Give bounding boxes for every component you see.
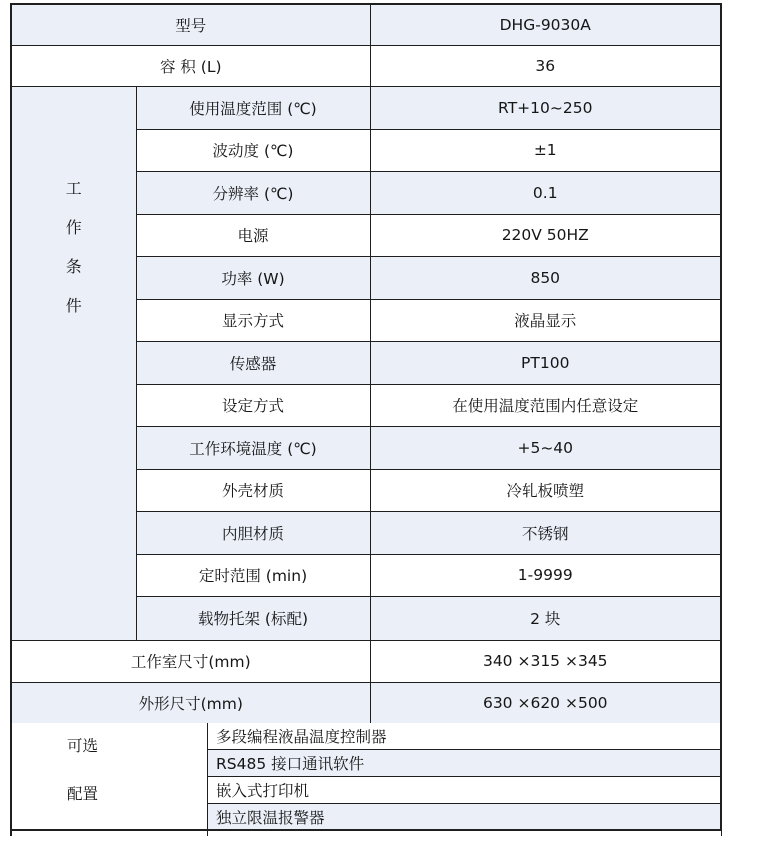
group-label-char: 件: [66, 298, 82, 314]
row-value: PT100: [371, 342, 721, 384]
work-conditions-section: 工 作 条 件 使用温度范围 (℃) RT+10~250 波动度 (℃) ±1 …: [12, 87, 720, 641]
table-row-resolution: 分辨率 (℃) 0.1: [137, 172, 721, 215]
table-row-wattage: 功率 (W) 850: [137, 257, 721, 300]
row-label: 功率 (W): [137, 257, 371, 299]
spec-table: 型号 DHG-9030A 容 积 (L) 36 工 作 条 件 使用温度范围 (…: [10, 3, 722, 831]
optional-config-rows: 多段编程液晶温度控制器 RS485 接口通讯软件 嵌入式打印机 独立限温报警器: [208, 723, 720, 829]
row-value: 220V 50HZ: [371, 215, 721, 257]
table-row-volume: 容 积 (L) 36: [12, 46, 720, 87]
group-label-line: 可选: [67, 734, 98, 756]
table-row-temp-range: 使用温度范围 (℃) RT+10~250: [137, 87, 721, 130]
optional-config-item: 多段编程液晶温度控制器: [208, 723, 720, 750]
row-label: 工作室尺寸(mm): [12, 641, 371, 682]
product-spec-sheet: 型号 DHG-9030A 容 积 (L) 36 工 作 条 件 使用温度范围 (…: [0, 0, 772, 857]
row-label: 设定方式: [137, 385, 371, 427]
row-label: 外形尺寸(mm): [12, 683, 371, 724]
table-row-chamber-size: 工作室尺寸(mm) 340 ×315 ×345: [12, 641, 720, 683]
row-value: RT+10~250: [371, 87, 721, 129]
option-text: 多段编程液晶温度控制器: [208, 723, 720, 749]
row-value: 不锈钢: [371, 512, 721, 554]
row-value: 冷轧板喷塑: [371, 470, 721, 512]
row-value: 340 ×315 ×345: [371, 641, 721, 682]
optional-config-item: RS485 接口通讯软件: [208, 750, 720, 777]
row-label: 显示方式: [137, 300, 371, 342]
row-value: 液晶显示: [371, 300, 721, 342]
row-value: ±1: [371, 130, 721, 172]
optional-config-group-label: 可选 配置: [12, 723, 208, 829]
table-row-timer-range: 定时范围 (min) 1-9999: [137, 555, 721, 598]
row-value: 36: [371, 46, 721, 86]
row-label: 波动度 (℃): [137, 130, 371, 172]
group-label-char: 作: [66, 220, 82, 236]
row-label: 型号: [12, 5, 371, 45]
row-label: 传感器: [137, 342, 371, 384]
row-label: 载物托架 (标配): [137, 597, 371, 640]
row-value: 630 ×620 ×500: [371, 683, 721, 724]
row-label: 使用温度范围 (℃): [137, 87, 371, 129]
table-row-setting-mode: 设定方式 在使用温度范围内任意设定: [137, 385, 721, 428]
row-value: 850: [371, 257, 721, 299]
row-value: +5~40: [371, 427, 721, 469]
option-text: 独立限温报警器: [208, 804, 720, 829]
cut-off-row-left-cell: [12, 831, 208, 836]
table-row-sensor: 传感器 PT100: [137, 342, 721, 385]
option-text: RS485 接口通讯软件: [208, 750, 720, 776]
table-row-overall-size: 外形尺寸(mm) 630 ×620 ×500: [12, 683, 720, 724]
group-label-char: 工: [66, 181, 82, 197]
row-label: 内胆材质: [137, 512, 371, 554]
row-value: DHG-9030A: [371, 5, 721, 45]
row-value: 0.1: [371, 172, 721, 214]
optional-config-item: 独立限温报警器: [208, 804, 720, 829]
row-value: 在使用温度范围内任意设定: [371, 385, 721, 427]
cut-off-row: [10, 831, 722, 836]
work-conditions-rows: 使用温度范围 (℃) RT+10~250 波动度 (℃) ±1 分辨率 (℃) …: [137, 87, 721, 640]
row-label: 电源: [137, 215, 371, 257]
table-row-liner-material: 内胆材质 不锈钢: [137, 512, 721, 555]
table-row-shelves: 载物托架 (标配) 2 块: [137, 597, 721, 640]
row-label: 容 积 (L): [12, 46, 371, 86]
table-row-fluctuation: 波动度 (℃) ±1: [137, 130, 721, 173]
row-value: 2 块: [371, 597, 721, 640]
table-row-display-mode: 显示方式 液晶显示: [137, 300, 721, 343]
table-row-ambient-temp: 工作环境温度 (℃) +5~40: [137, 427, 721, 470]
work-conditions-group-label: 工 作 条 件: [12, 87, 137, 640]
row-value: 1-9999: [371, 555, 721, 597]
table-row-power-supply: 电源 220V 50HZ: [137, 215, 721, 258]
group-label-line: 配置: [67, 782, 98, 804]
table-row-shell-material: 外壳材质 冷轧板喷塑: [137, 470, 721, 513]
row-label: 外壳材质: [137, 470, 371, 512]
table-row-model: 型号 DHG-9030A: [12, 5, 720, 46]
option-text: 嵌入式打印机: [208, 777, 720, 803]
optional-config-item: 嵌入式打印机: [208, 777, 720, 804]
optional-config-section: 可选 配置 多段编程液晶温度控制器 RS485 接口通讯软件 嵌入式打印机 独立…: [12, 723, 720, 829]
row-label: 分辨率 (℃): [137, 172, 371, 214]
row-label: 工作环境温度 (℃): [137, 427, 371, 469]
group-label-char: 条: [66, 259, 82, 275]
row-label: 定时范围 (min): [137, 555, 371, 597]
